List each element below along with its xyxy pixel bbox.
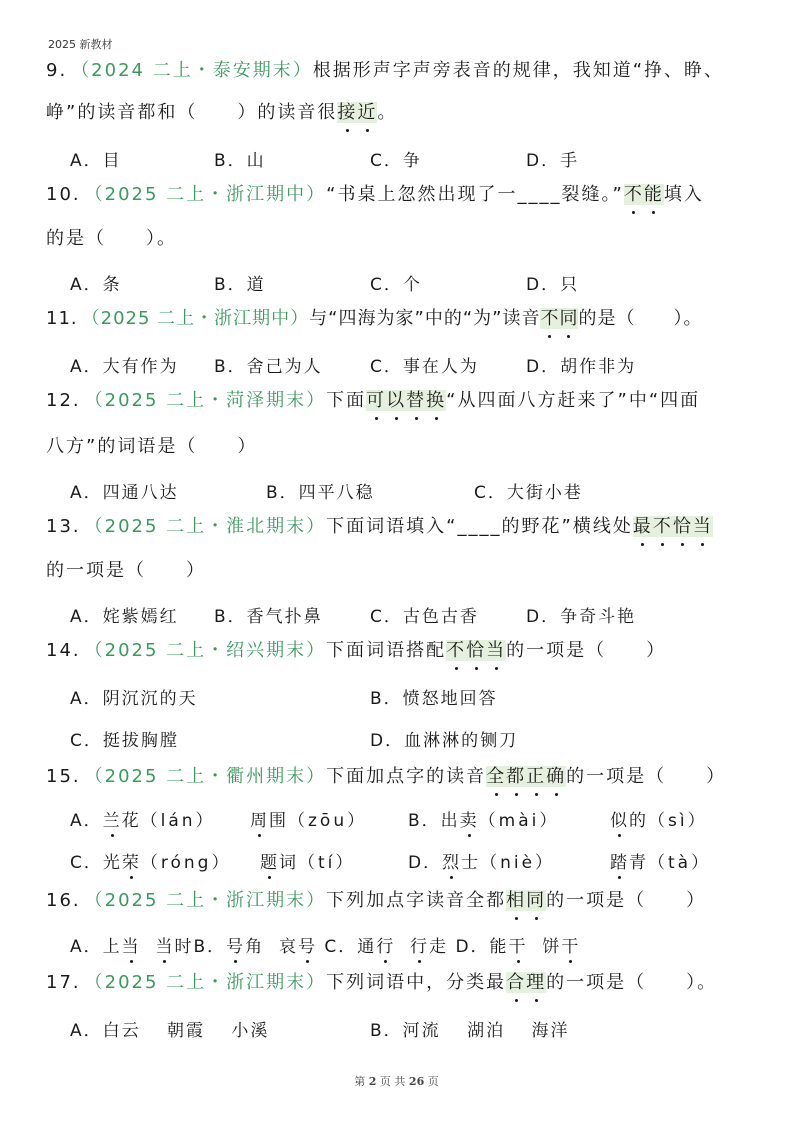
pinyin: （niè） <box>480 853 555 873</box>
option-d: D．只 <box>526 270 579 295</box>
option-d-word-1: D．烈士（niè） <box>408 848 555 873</box>
dotted-char: 当 <box>155 932 174 957</box>
question-10-line2: 的是（ ）。 <box>46 226 177 252</box>
dotted-char: 荣 <box>122 848 141 873</box>
question-number: 10. <box>46 184 81 205</box>
dotted-char: 最 <box>633 514 653 540</box>
option-b: B．舍己为人 <box>214 352 323 377</box>
char: 饼 <box>542 937 561 957</box>
option-b: B．愤怒地回答 <box>370 684 498 709</box>
option-c: C．争 <box>370 146 422 171</box>
option-b-word-2: 似的（sì） <box>610 806 708 831</box>
option-label: B． <box>408 811 441 831</box>
question-source: （2025 二上・浙江期中） <box>85 184 327 205</box>
question-15: 15.（2025 二上・衢州期末）下面加点字的读音全都正确的一项是（ ） <box>46 764 726 790</box>
emphasis-highlight: 接近 <box>337 102 377 123</box>
question-number: 12. <box>46 390 81 411</box>
question-number: 16. <box>46 890 81 911</box>
footer-text: 页 共 <box>380 1075 406 1088</box>
dotted-char: 干 <box>561 932 580 957</box>
dotted-char: 似 <box>610 806 629 831</box>
dotted-char: 行 <box>410 932 429 957</box>
char: 角 <box>245 937 264 957</box>
option-b: B．四平八稳 <box>266 478 375 503</box>
question-text: 的一项是（ ）。 <box>546 972 717 993</box>
question-text: 与“四海为家”中的“为”读音 <box>309 308 540 329</box>
dotted-char: 恰 <box>673 514 693 540</box>
dotted-char: 可 <box>366 388 386 414</box>
question-12-line2: 八方”的词语是（ ） <box>46 434 257 460</box>
page-footer: 第 2 页 共 26 页 <box>0 1073 793 1089</box>
question-text: 下面词语填入“____的野花”横线处 <box>326 516 633 537</box>
question-text: “从四面八方赶来了”中“四面 <box>446 390 700 411</box>
question-text: 下列加点字读音全都 <box>326 890 506 911</box>
question-text: 的是（ ）。 <box>578 308 702 329</box>
char: 走 <box>429 937 448 957</box>
question-10: 10.（2025 二上・浙江期中）“书桌上忽然出现了一____裂缝。”不能填入 <box>46 182 704 208</box>
question-source: （2025 二上・浙江期末） <box>85 890 327 911</box>
question-source: （2024 二上・泰安期末） <box>71 60 313 81</box>
pinyin: （tà） <box>648 853 711 873</box>
option-a: A．四通八达 <box>70 478 179 503</box>
question-number: 15. <box>46 766 81 787</box>
option-b: B．道 <box>214 270 266 295</box>
option-d: D．争奇斗艳 <box>526 602 636 627</box>
char: 围 <box>269 811 288 831</box>
dotted-char: 当 <box>486 638 506 664</box>
option-a: A．大有作为 <box>70 352 179 377</box>
char: 的 <box>629 811 648 831</box>
question-text: “书桌上忽然出现了一____裂缝。” <box>326 184 624 205</box>
emphasis-highlight: 相同 <box>506 890 546 911</box>
dotted-char: 接 <box>337 100 357 126</box>
question-13: 13.（2025 二上・淮北期末）下面词语填入“____的野花”横线处最不恰当 <box>46 514 713 540</box>
option-label: D． <box>455 937 489 957</box>
dotted-char: 换 <box>426 388 446 414</box>
option-d: D．手 <box>526 146 579 171</box>
question-11: 11.（2025 二上・浙江期中）与“四海为家”中的“为”读音不同的是（ ）。 <box>46 306 702 332</box>
dotted-char: 号 <box>226 932 245 957</box>
question-number: 13. <box>46 516 81 537</box>
option-d-word-2: 踏青（tà） <box>610 848 711 873</box>
question-text: 的一项是（ ） <box>506 640 666 661</box>
option-a: A．目 <box>70 146 122 171</box>
dotted-char: 相 <box>506 888 526 914</box>
dotted-char: 不 <box>653 514 673 540</box>
page-number: 2 <box>369 1075 377 1088</box>
question-14: 14.（2025 二上・绍兴期末）下面词语搭配不恰当的一项是（ ） <box>46 638 666 664</box>
question-number: 17. <box>46 972 81 993</box>
emphasis-highlight: 不同 <box>540 308 578 329</box>
option-a: A．白云 朝霞 小溪 <box>70 1016 269 1041</box>
question-text: 根据形声字声旁表音的规律，我知道“挣、睁、 <box>313 60 724 81</box>
option-c: C．古色古香 <box>370 602 479 627</box>
pinyin: （róng） <box>141 853 232 873</box>
question-source: （2025 二上・淮北期末） <box>85 516 327 537</box>
pinyin: （lán） <box>141 811 216 831</box>
option-label: A． <box>70 811 103 831</box>
emphasis-highlight: 可以替换 <box>366 390 446 411</box>
emphasis-highlight: 合理 <box>506 972 546 993</box>
dotted-char: 周 <box>250 806 269 831</box>
char: 出 <box>441 811 460 831</box>
dotted-char: 不 <box>446 638 466 664</box>
option-a-word-1: A．兰花（lán） <box>70 806 216 831</box>
dotted-char: 恰 <box>466 638 486 664</box>
question-text: 下列词语中，分类最 <box>326 972 506 993</box>
pinyin: （sì） <box>648 811 708 831</box>
option-a: A．阴沉沉的天 <box>70 684 198 709</box>
option-d: D．血淋淋的铡刀 <box>370 726 518 751</box>
dotted-char: 确 <box>546 764 566 790</box>
question-text: 下面加点字的读音 <box>326 766 486 787</box>
question-source: （2025 二上・浙江期末） <box>85 972 327 993</box>
option-c: C．个 <box>370 270 422 295</box>
pinyin: （mài） <box>479 811 560 831</box>
option-c-word-2: 题词（tí） <box>260 848 355 873</box>
char: 光 <box>103 853 122 873</box>
dotted-char: 号 <box>298 932 317 957</box>
pinyin: （tí） <box>298 853 355 873</box>
dotted-char: 都 <box>506 764 526 790</box>
char: 上 <box>103 937 122 957</box>
dotted-char: 当 <box>122 932 141 957</box>
question-9: 9.（2024 二上・泰安期末）根据形声字声旁表音的规律，我知道“挣、睁、 <box>46 58 724 84</box>
question-16-options: A．上当 当时B．号角 哀号 C．通行 行走 D．能干 饼干 <box>70 932 580 957</box>
question-17: 17.（2025 二上・浙江期末）下列词语中，分类最合理的一项是（ ）。 <box>46 970 717 996</box>
question-text: 的一项是（ ） <box>546 890 706 911</box>
question-text: 填入 <box>664 184 704 205</box>
dotted-char: 同 <box>559 306 578 332</box>
char: 通 <box>357 937 376 957</box>
question-16: 16.（2025 二上・浙江期末）下列加点字读音全都相同的一项是（ ） <box>46 888 706 914</box>
dotted-char: 踏 <box>610 848 629 873</box>
emphasis-highlight: 不能 <box>624 184 664 205</box>
emphasis-highlight: 全都正确 <box>486 766 566 787</box>
char: 士 <box>461 853 480 873</box>
dotted-char: 行 <box>376 932 395 957</box>
question-source: （2025 二上・菏泽期末） <box>85 390 327 411</box>
question-text: 下面词语搭配 <box>326 640 446 661</box>
dotted-char: 近 <box>357 100 377 126</box>
question-13-line2: 的一项是（ ） <box>46 558 206 584</box>
question-9-line2: 峥”的读音都和（ ）的读音很接近。 <box>46 100 397 126</box>
total-pages: 26 <box>409 1075 424 1088</box>
char: 青 <box>629 853 648 873</box>
option-a-word-2: 周围（zōu） <box>250 806 367 831</box>
question-number: 14. <box>46 640 81 661</box>
dotted-char: 合 <box>506 970 526 996</box>
option-b-word-1: B．出卖（mài） <box>408 806 559 831</box>
dotted-char: 同 <box>526 888 546 914</box>
dotted-char: 当 <box>693 514 713 540</box>
dotted-char: 正 <box>526 764 546 790</box>
question-source: （2025 二上・浙江期中） <box>82 308 310 329</box>
question-12: 12.（2025 二上・菏泽期末）下面可以替换“从四面八方赶来了”中“四面 <box>46 388 700 414</box>
dotted-char: 不 <box>624 182 644 208</box>
option-label: A． <box>70 937 103 957</box>
emphasis-highlight: 不恰当 <box>446 640 506 661</box>
dotted-char: 理 <box>526 970 546 996</box>
char: 花 <box>122 811 141 831</box>
option-a: A．姹紫嫣红 <box>70 602 179 627</box>
dotted-char: 卖 <box>460 806 479 831</box>
option-a: A．条 <box>70 270 122 295</box>
page-header: 2025 新教材 <box>48 36 113 52</box>
dotted-char: 不 <box>540 306 559 332</box>
dotted-char: 烈 <box>442 848 461 873</box>
option-label: C． <box>70 853 103 873</box>
char: 时 <box>174 937 193 957</box>
footer-text: 第 <box>354 1075 365 1088</box>
dotted-char: 题 <box>260 848 279 873</box>
footer-text: 页 <box>428 1075 439 1088</box>
question-text: 。 <box>377 102 397 123</box>
option-label: B． <box>193 937 226 957</box>
dotted-char: 干 <box>509 932 528 957</box>
option-b: B．山 <box>214 146 266 171</box>
dotted-char: 能 <box>644 182 664 208</box>
question-number: 11. <box>46 308 78 329</box>
question-text: 峥”的读音都和（ ）的读音很 <box>46 102 337 123</box>
question-text: 下面 <box>326 390 366 411</box>
option-d: D．胡作非为 <box>526 352 636 377</box>
dotted-char: 替 <box>406 388 426 414</box>
option-c-word-1: C．光荣（róng） <box>70 848 231 873</box>
char: 能 <box>490 937 509 957</box>
option-label: D． <box>408 853 442 873</box>
option-b: B．香气扑鼻 <box>214 602 323 627</box>
option-label: C． <box>324 937 357 957</box>
emphasis-highlight: 最不恰当 <box>633 516 713 537</box>
pinyin: （zōu） <box>288 811 367 831</box>
dotted-char: 以 <box>386 388 406 414</box>
dotted-char: 兰 <box>103 806 122 831</box>
option-c: C．大街小巷 <box>474 478 583 503</box>
option-b: B．河流 湖泊 海洋 <box>370 1016 569 1041</box>
char: 词 <box>279 853 298 873</box>
question-source: （2025 二上・衢州期末） <box>85 766 327 787</box>
option-c: C．挺拔胸膛 <box>70 726 179 751</box>
char: 哀 <box>279 937 298 957</box>
question-source: （2025 二上・绍兴期末） <box>85 640 327 661</box>
option-c: C．事在人为 <box>370 352 479 377</box>
question-text: 的一项是（ ） <box>566 766 726 787</box>
dotted-char: 全 <box>486 764 506 790</box>
question-number: 9. <box>46 60 67 81</box>
